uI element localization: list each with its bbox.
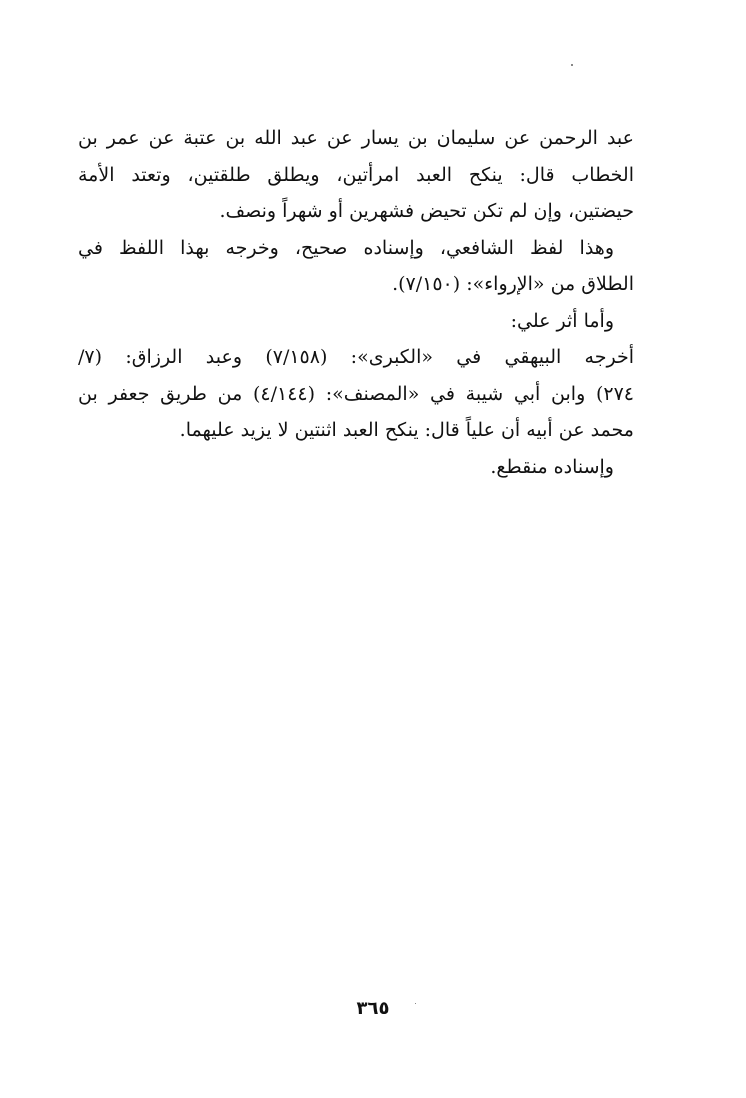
text-line-2: الخطاب قال: ينكح العبد امرأتين، ويطلق طل… [78,157,634,194]
text-line-8: ٢٧٤) وابن أبي شيبة في «المصنف»: (٤/١٤٤) … [78,376,634,413]
text-line-5: الطلاق من «الإرواء»: (٧/١٥٠). [78,266,634,303]
text-line-4: وهذا لفظ الشافعي، وإسناده صحيح، وخرجه به… [78,230,634,267]
page-number: ٣٦٥ [0,998,746,1019]
section-heading-ali: وأما أثر علي: [78,303,634,340]
text-line-7: أخرجه البيهقي في «الكبرى»: (٧/١٥٨) وعبد … [78,339,634,376]
body-text: عبد الرحمن عن سليمان بن يسار عن عبد الله… [78,120,634,485]
scan-speck [571,64,573,66]
text-line-10: وإسناده منقطع. [78,449,634,486]
scan-speck [415,1003,416,1004]
text-line-1: عبد الرحمن عن سليمان بن يسار عن عبد الله… [78,120,634,157]
document-page: عبد الرحمن عن سليمان بن يسار عن عبد الله… [0,0,746,1098]
text-line-9: محمد عن أبيه أن علياً قال: ينكح العبد اث… [78,412,634,449]
text-line-3: حيضتين، وإن لم تكن تحيض فشهرين أو شهراً … [78,193,634,230]
